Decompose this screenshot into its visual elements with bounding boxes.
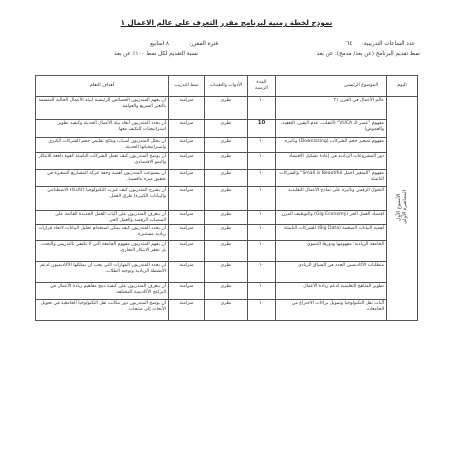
header-topic: الموضوع الرئيسي (276, 76, 387, 97)
course-period-label: فترة المقرر: (189, 41, 218, 47)
topic-cell: مفهوم تصغير حجم الشركات (Downsizing) وتأ… (276, 138, 387, 153)
table-row: دور المشروعات الريادية في إعادة تشكيل ال… (36, 153, 418, 170)
mode-cell: متزامنة (169, 120, 205, 138)
tools-cell: نظري (205, 225, 248, 241)
table-row: الأسبوع الأولالمحاضرة الأولىعالم الأعمال… (36, 97, 418, 120)
table-row: الجامعة الريادية: مفهومها ودورها التنموي… (36, 241, 418, 262)
tools-cell: نظري (205, 120, 248, 138)
mode-cell: متزامنة (169, 187, 205, 211)
delivery-ratio-label: نسبة التقديم لكل نمط (146, 51, 198, 57)
duration-cell: ١٠ (248, 187, 276, 211)
table-row: اقتصاد العمل الحر (Gig Economy) والتوظيف… (36, 211, 418, 225)
tools-cell: نظري (205, 300, 248, 321)
week-cell: الأسبوع الأولالمحاضرة الأولى (387, 97, 418, 321)
table-header-row: اليوم الموضوع الرئيسي المدة الزمنية الأد… (36, 76, 418, 97)
mode-cell: متزامنة (169, 170, 205, 187)
topic-cell: الجامعة الريادية: مفهومها ودورها التنموي (276, 241, 387, 262)
topic-cell: دور المشروعات الريادية في إعادة تشكيل ال… (276, 153, 387, 170)
goal-cell: أن يحدد المتدربون المهارات التي يجب أن ي… (36, 262, 169, 283)
topic-cell: مفهوم "عصر الـ VUCA" (التقلب، عدم اليقين… (276, 120, 387, 138)
duration-cell: ١٠ (248, 170, 276, 187)
delivery-ratio: نسبة التقديم لكل نمط ١٠٠٪ عن بعد (114, 51, 198, 57)
goal-cell: أن يشرح المتدربون كيف غيرت التكنولوجيا (… (36, 187, 169, 211)
header-duration: المدة الزمنية (248, 76, 276, 97)
delivery-mode: نمط تقديم البرنامج (عن بعد/ مدمج): عن بع… (317, 51, 420, 57)
header-goals: أهداف التعلم (36, 76, 169, 97)
goal-cell: أن يحدد المتدربون أبعاد بيئة الأعمال الح… (36, 120, 169, 138)
topic-cell: التحول الرقمي وتأثيره على نماذج الأعمال … (276, 187, 387, 211)
course-period: فترة المقرر: ٨ اسابيع (150, 41, 218, 47)
topic-cell: أهمية البيانات الضخمة (Big Data) للشركات… (276, 225, 387, 241)
training-hours-value: ٦٤ (346, 41, 352, 47)
table-row: مفهوم "عصر الـ VUCA" (التقلب، عدم اليقين… (36, 120, 418, 138)
tools-cell: نظري (205, 262, 248, 283)
mode-cell: متزامنة (169, 262, 205, 283)
training-hours: عدد الساعات التدريبية: ٦٤ (346, 41, 415, 47)
table-row: مفهوم تصغير حجم الشركات (Downsizing) وتأ… (36, 138, 418, 153)
mode-cell: متزامنة (169, 283, 205, 300)
mode-cell: متزامنة (169, 225, 205, 241)
duration-cell: ١٠ (248, 262, 276, 283)
table-row: متطلبات الأكاديميين الجدد في السياق الري… (36, 262, 418, 283)
tools-cell: نظري (205, 211, 248, 225)
tools-cell: نظري (205, 138, 248, 153)
mode-cell: متزامنة (169, 241, 205, 262)
goal-cell: أن يتعرف المتدربون على آليات العمل الجدي… (36, 211, 169, 225)
goal-cell: أن يستوعب المتدربون أهمية وخفة حركة المش… (36, 170, 169, 187)
goal-cell: أن يوضح المتدربون كيف تعمل الشركات الناش… (36, 153, 169, 170)
duration-cell: 10 (248, 120, 276, 138)
week-line2: المحاضرة الأولى (402, 190, 408, 224)
delivery-ratio-value: ١٠٠٪ عن بعد (114, 51, 144, 57)
topic-cell: آليات نقل التكنولوجيا وتمويل براءات الاخ… (276, 300, 387, 321)
topic-cell: مفهوم "الصغير أجمل Small is Beautiful" و… (276, 170, 387, 187)
goal-cell: أن يفهم المتدربون الخصائص الرئيسية لبيئة… (36, 97, 169, 120)
tools-cell: نظري (205, 283, 248, 300)
header-mode: نمط التدريب (169, 76, 205, 97)
table-row: أهمية البيانات الضخمة (Big Data) للشركات… (36, 225, 418, 241)
tools-cell: نظري (205, 241, 248, 262)
topic-cell: عالم الأعمال في القرن ٢١ (276, 97, 387, 120)
goal-cell: أن يوضح المتدربون دور مكاتب نقل التكنولو… (36, 300, 169, 321)
topic-cell: متطلبات الأكاديميين الجدد في السياق الري… (276, 262, 387, 283)
goal-cell: أن يتعرف المتدربون على كيفية دمج مفاهيم … (36, 283, 169, 300)
table-row: آليات نقل التكنولوجيا وتمويل براءات الاخ… (36, 300, 418, 321)
tools-cell: نظري (205, 187, 248, 211)
table-row: مفهوم "الصغير أجمل Small is Beautiful" و… (36, 170, 418, 187)
duration-cell: ١٠ (248, 300, 276, 321)
tools-cell: نظري (205, 97, 248, 120)
delivery-mode-value: عن بعد (317, 51, 334, 57)
topic-cell: اقتصاد العمل الحر (Gig Economy) والتوظيف… (276, 211, 387, 225)
training-hours-label: عدد الساعات التدريبية: (362, 41, 415, 47)
mode-cell: متزامنة (169, 97, 205, 120)
schedule-table: اليوم الموضوع الرئيسي المدة الزمنية الأد… (35, 75, 418, 321)
topic-cell: تطوير المناهج التعليمية لدعم ريادة الأعم… (276, 283, 387, 300)
delivery-mode-label: نمط تقديم البرنامج (عن بعد/ مدمج): (335, 51, 420, 57)
duration-cell: ١٠ (248, 211, 276, 225)
duration-cell: ١٠ (248, 225, 276, 241)
goal-cell: أن يحدد المتدربون كيف يمكن استخدام تحليل… (36, 225, 169, 241)
duration-cell: ١٠ (248, 283, 276, 300)
document-title: نموذج لخطة زمنية لبرنامج مقرر التعرف على… (0, 18, 453, 27)
duration-cell: ١٠ (248, 138, 276, 153)
table-row: تطوير المناهج التعليمية لدعم ريادة الأعم… (36, 283, 418, 300)
header-day: اليوم (387, 76, 418, 97)
goal-cell: أن يفهم المتدربون مفهوم الجامعة التي لا … (36, 241, 169, 262)
mode-cell: متزامنة (169, 300, 205, 321)
duration-cell: ١٠ (248, 97, 276, 120)
mode-cell: متزامنة (169, 211, 205, 225)
week-label: الأسبوع الأولالمحاضرة الأولى (396, 190, 408, 224)
header-tools: الأدوات والتقنيات (205, 76, 248, 97)
mode-cell: متزامنة (169, 153, 205, 170)
course-period-value: ٨ اسابيع (150, 41, 169, 47)
goal-cell: أن يحلل المتدربون أسباب ونتائج تقليص حجم… (36, 138, 169, 153)
duration-cell: ١٠ (248, 153, 276, 170)
table-row: التحول الرقمي وتأثيره على نماذج الأعمال … (36, 187, 418, 211)
mode-cell: متزامنة (169, 138, 205, 153)
tools-cell: نظري (205, 170, 248, 187)
tools-cell: نظري (205, 153, 248, 170)
duration-cell: ١٠ (248, 241, 276, 262)
